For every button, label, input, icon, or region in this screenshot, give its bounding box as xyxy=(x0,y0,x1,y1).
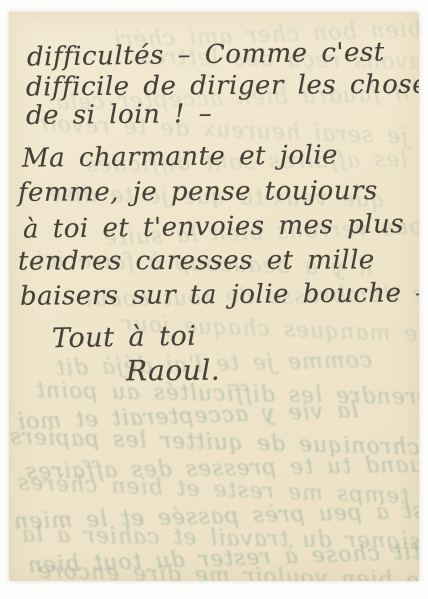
letter-line: baisers sur ta jolie bouche – xyxy=(20,278,419,312)
letter-line: difficile de diriger les choses xyxy=(26,70,419,103)
letter-text: difficultés – Comme c'est difficile de d… xyxy=(9,12,419,581)
letter-signature: Raoul. xyxy=(126,354,220,388)
letter-closing: Tout à toi xyxy=(52,321,197,355)
scan-background: un bien bon cher ami chéri nous avons re… xyxy=(0,0,428,599)
letter-line: à toi et t'envoies mes plus xyxy=(23,209,405,244)
letter-line: femme, je pense toujours xyxy=(18,176,378,208)
letter-line: de si loin ! – xyxy=(26,99,213,131)
letter-line: tendres caresses et mille xyxy=(18,245,375,276)
letter-line: Ma charmante et jolie xyxy=(22,140,338,173)
letter-paper: un bien bon cher ami chéri nous avons re… xyxy=(9,12,419,581)
letter-line: difficultés – Comme c'est xyxy=(27,38,385,73)
